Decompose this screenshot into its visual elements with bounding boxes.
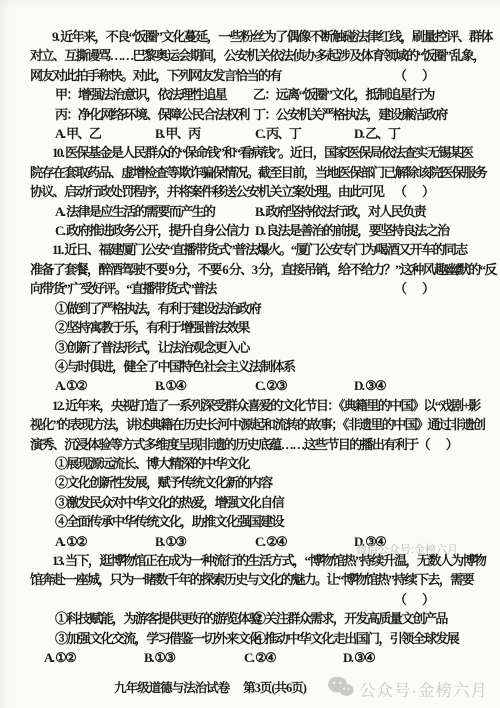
q11-options-row: A. ①② B. ①④ C. ②③ D. ③④ [30,376,470,395]
q12-option-a: A. ①② [55,532,155,551]
q11-option-d: D. ③④ [354,376,470,395]
q13-bracket-line: （ ） [30,590,470,609]
q13-option-c: C. ②④ [244,648,343,667]
q12-stem-text: 演秀、沉浸体验等方式多维度呈现非遗的历史底蕴……这些节目的播出有利于 [30,435,418,454]
q12-stem-line-3: 演秀、沉浸体验等方式多维度呈现非遗的历史底蕴……这些节目的播出有利于 （ ） [30,435,470,454]
page-number: 第3页(共6页) [243,681,306,695]
wechat-icon [327,676,354,702]
q9-option-d: D. 乙、丁 [354,124,470,143]
q12-option-b: B. ①③ [155,532,255,551]
wechat-watermark-inline: 微信公众号:金榜六月 [356,541,458,557]
q12-item-4: ④全面传承中华传统文化，助推文化强国建设 [30,512,470,531]
q11-stem-line-3: 向带货”广受好评。“直播带货式”普法 （ ） [30,279,470,298]
q11-item-4: ④与时俱进，健全了中国特色社会主义法制体系 [30,357,470,376]
q13-statement-row-1: ①科技赋能，为游客提供更好的游览体验 ②关注群众需求，开发高质量文创产品 [30,609,470,628]
q9-option-c: C. 丙、丁 [255,124,354,143]
q9-statement-jia: 甲：增强法治意识，依法理性追星 [55,85,253,104]
exam-page: 9. 近年来，不良“饭圈”文化蔓延，一些粉丝为了偶像不断触碰法律红线，刷量控评、… [0,0,500,708]
q13-stem-line-2: 馆奔赴一座城，只为一睹数千年的探索历史与文化的魅力。让“博物馆热”持续下去，需要 [30,570,470,589]
q13-option-d: D. ③④ [343,648,470,667]
q11-item-3: ③创新了普法形式，让法治观念更入心 [30,338,470,357]
q13-statement-row-2: ③加强文化交流，学习借鉴一切外来文化 ④推动中华文化走出国门，引领全球发展 [30,629,470,648]
q10-option-c: C. 政府推进政务公开，提升自身公信力 [55,221,255,240]
q12-answer-bracket: （ ） [418,435,460,454]
q10-options-row-2: C. 政府推进政务公开，提升自身公信力 D. 良法是善治的前提，要坚持良法之治 [30,221,470,240]
q12-item-3: ③激发民众对中华文化的热爱，增强文化自信 [30,493,470,512]
q10-stem-line-1: 10. 医保基金是人民群众的“保命钱”和“看病钱”。近日，国家医保局依法查实无锡… [30,143,470,162]
q13-item-1: ①科技赋能，为游客提供更好的游览体验 [55,609,253,628]
q13-option-b: B. ①③ [144,648,244,667]
q9-statement-row-2: 丙：净化网络环境、保障公民合法权利 丁：公安机关严格执法，建设廉洁政府 [30,105,470,124]
q9-option-b: B. 甲、丙 [155,124,255,143]
q12-option-c: C. ②④ [255,532,354,551]
q10-option-a: A. 法律是应生活的需要而产生的 [55,202,255,221]
q11-option-a: A. ①② [55,376,155,395]
q13-item-3: ③加强文化交流，学习借鉴一切外来文化 [55,629,253,648]
q11-option-b: B. ①④ [155,376,255,395]
q9-option-a: A. 甲、乙 [55,124,155,143]
q10-options-row-1: A. 法律是应生活的需要而产生的 B. 政府坚持依法行政，对人民负责 [30,202,470,221]
q9-stem-line-3: 网友对此拍手称快。对此，下列网友发言恰当的有 （ ） [30,66,470,85]
wechat-watermark-text: 公众号·金榜六月 [359,677,488,701]
q11-stem-text: 向带货”广受好评。“直播带货式”普法 [30,279,216,298]
q11-answer-bracket: （ ） [394,279,436,298]
q9-statement-bing: 丙：净化网络环境、保障公民合法权利 [55,105,253,124]
q11-option-c: C. ②③ [255,376,354,395]
q10-stem-line-2: 院存在套取药品、虚增检查等欺诈骗保情况。截至目前，当地医保部门已解除该院医保服务 [30,163,470,182]
q12-item-1: ①展现源远流长、博大精深的中华文化 [30,454,470,473]
q13-item-4: ④推动中华文化走出国门，引领全球发展 [253,629,470,648]
q11-item-1: ①做到了严格执法，有利于建设法治政府 [30,299,470,318]
q12-stem-line-2: 视化”的表现方法，讲述典籍在历史长河中源起和流转的故事；《非遗里的中国》通过非遗… [30,415,470,434]
q9-statement-yi: 乙：远离“饭圈”文化，抵制追星行为 [253,85,470,104]
q13-options-row: A. ①② B. ①③ C. ②④ D. ③④ [30,648,470,667]
q9-stem-line-2: 对立、互撕谩骂……巴黎奥运会期间，公安机关依法侦办多起涉及体育领域的“饭圈”乱象… [30,46,470,65]
q9-options-row: A. 甲、乙 B. 甲、丙 C. 丙、丁 D. 乙、丁 [30,124,470,143]
q9-statement-ding: 丁：公安机关严格执法，建设廉洁政府 [253,105,470,124]
q9-statement-row-1: 甲：增强法治意识，依法理性追星 乙：远离“饭圈”文化，抵制追星行为 [30,85,470,104]
q11-stem-line-2: 准备了套餐，醉酒驾驶不要 9 分，不要 6 分、3 分，直接吊销，给不给力？”这… [30,260,470,279]
q11-stem-line-1: 11. 近日、福建厦门公安“直播带货式”普法爆火。“厦门公安专门为喝酒又开车的同… [30,240,470,259]
exam-title: 九年级道德与法治试卷 [114,681,229,695]
q13-option-a: A. ①② [44,648,144,667]
q10-stem-line-3: 协议、启动行政处罚程序，并将案件移送公安机关立案处理。由此可见 （ ） [30,182,470,201]
q9-stem-text: 网友对此拍手称快。对此，下列网友发言恰当的有 [30,66,281,85]
q10-answer-bracket: （ ） [394,182,436,201]
q10-stem-text: 协议、启动行政处罚程序，并将案件移送公安机关立案处理。由此可见 [30,182,383,201]
wechat-watermark-bottom: 公众号·金榜六月 [327,676,488,702]
q10-option-d: D. 良法是善治的前提，要坚持良法之治 [255,221,470,240]
q9-answer-bracket: （ ） [394,66,436,85]
q10-option-b: B. 政府坚持依法行政，对人民负责 [255,202,470,221]
q9-stem-line-1: 9. 近年来，不良“饭圈”文化蔓延，一些粉丝为了偶像不断触碰法律红线，刷量控评、… [30,27,470,46]
q13-item-2: ②关注群众需求，开发高质量文创产品 [253,609,470,628]
q13-answer-bracket: （ ） [394,590,436,609]
q12-item-2: ②文化创新性发展，赋予传统文化新的内容 [30,473,470,492]
q11-item-2: ②坚持寓教于乐，有利于增强普法效果 [30,318,470,337]
q12-stem-line-1: 12. 近年来，央视打造了一系列深受群众喜爱的文化节目：《典籍里的中国》以“戏剧… [30,396,470,415]
